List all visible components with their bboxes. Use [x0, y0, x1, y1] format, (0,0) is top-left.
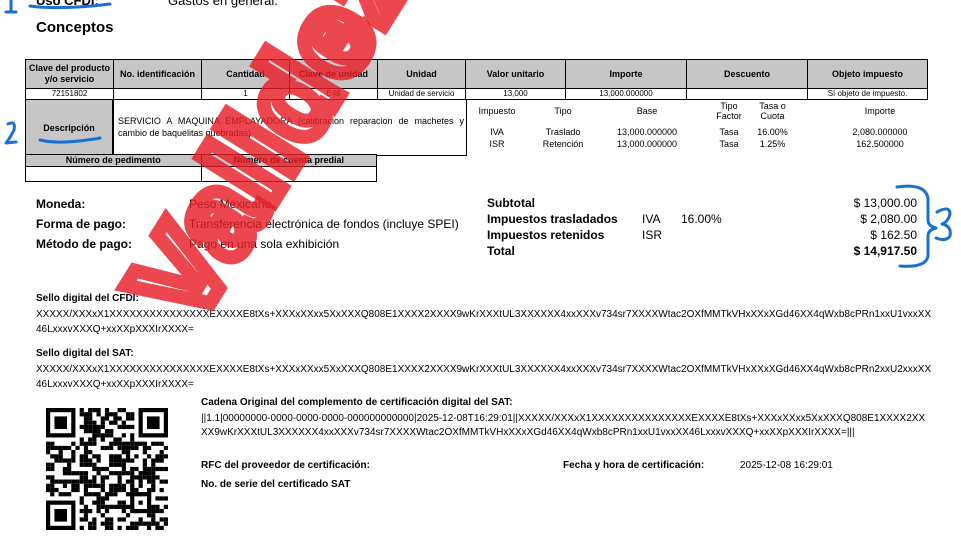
tax-header-cell: Importe [845, 106, 915, 116]
moneda-value: Peso Mexicano [189, 197, 271, 211]
tax-header-cell: Base [612, 106, 682, 116]
retenidos-value: $ 162.50 [870, 228, 917, 242]
tax-cell: Retención [538, 139, 588, 149]
concepts-header-cell: Importe [566, 60, 687, 89]
rfc-proveedor-label: RFC del proveedor de certificación: [201, 460, 370, 471]
tax-header-cell: Tipo [538, 106, 588, 116]
qr-code-icon [46, 408, 168, 530]
concepts-header-cell: Cantidad [202, 60, 290, 89]
annotation-3-icon [936, 209, 950, 240]
metodo-pago-value: Pago en una sola exhibición [189, 237, 339, 251]
concepts-header-cell: Objeto impuesto [808, 60, 928, 89]
metodo-pago-label: Método de pago: [36, 237, 132, 251]
serie-certificado-label: No. de serie del certificado SAT [201, 479, 350, 490]
section-title: Conceptos [36, 19, 114, 36]
tax-cell: 16.00% [755, 127, 790, 137]
table-cell [114, 89, 202, 100]
trasladados-label: Impuestos trasladados [487, 212, 618, 226]
tax-cell: Tasa [714, 139, 744, 149]
description-text: SERVICIO A MAQUINA EMPLAYADORA (calibrac… [114, 100, 466, 155]
retenidos-label: Impuestos retenidos [487, 228, 604, 242]
sello-cfdi-value: XXXXX/XXXxX1XXXXXXXXXXXXXXXEXXXXE8tXs+XX… [36, 307, 936, 337]
forma-pago-value: Transferencia electrónica de fondos (inc… [189, 217, 459, 231]
concepts-table: Clave del producto y/o servicioNo. ident… [25, 59, 928, 100]
total-value: $ 14,917.50 [854, 244, 917, 258]
sello-cfdi-label: Sello digital del CFDI: [36, 293, 139, 304]
uso-cfdi-value: Gastos en general. [168, 0, 278, 8]
concepts-header-cell: No. identificación [114, 60, 202, 89]
tax-cell: IVA [477, 127, 517, 137]
subtotal-value: $ 13,000.00 [854, 196, 917, 210]
annotation-2-icon [6, 123, 16, 143]
pedimento-header: Número de pedimento [26, 155, 202, 167]
sello-sat-value: XXXXX/XXXxX1XXXXXXXXXXXXXXXEXXXXE8tXs+XX… [36, 362, 936, 392]
concepts-header-cell: Valor unitario [466, 60, 566, 89]
table-cell: 13,000 [466, 89, 566, 100]
tax-header-cell: Impuesto [477, 106, 517, 116]
trasladados-code: IVA [642, 212, 660, 226]
tax-cell: 2,080.000000 [845, 127, 915, 137]
concepts-header-cell: Clave de unidad [290, 60, 378, 89]
table-cell: 13,000.000000 [566, 89, 687, 100]
pedimento-table: Número de pedimento Número de cuenta pre… [25, 154, 377, 182]
cadena-original-label: Cadena Original del complemento de certi… [201, 397, 513, 408]
cuenta-predial-value [201, 167, 377, 182]
fecha-certificacion-value: 2025-12-08 16:29:01 [740, 460, 833, 471]
pedimento-value [26, 167, 202, 182]
uso-cfdi-label: Uso CFDI: [36, 0, 99, 8]
table-cell: Unidad de servicio [378, 89, 466, 100]
table-row: 721518021E48Unidad de servicio13,00013,0… [26, 89, 928, 100]
tax-cell: 162.500000 [845, 139, 915, 149]
subtotal-label: Subtotal [487, 196, 535, 210]
tax-cell: Tasa [714, 127, 744, 137]
table-cell: 72151802 [26, 89, 114, 100]
fecha-certificacion-label: Fecha y hora de certificación: [563, 460, 704, 471]
tax-cell: 1.25% [755, 139, 790, 149]
concepts-header-cell: Unidad [378, 60, 466, 89]
tax-header-cell: Tipo Factor [714, 101, 744, 121]
cadena-original-value: ||1.1|00000000-0000-0000-0000-0000000000… [201, 412, 931, 440]
tax-cell: Traslado [538, 127, 588, 137]
total-label: Total [487, 244, 515, 258]
tax-cell: ISR [477, 139, 517, 149]
trasladados-rate: 16.00% [681, 212, 722, 226]
forma-pago-label: Forma de pago: [36, 217, 126, 231]
description-label: Descripción [26, 100, 114, 155]
trasladados-value: $ 2,080.00 [860, 212, 917, 226]
table-cell: E48 [290, 89, 378, 100]
tax-header-cell: Tasa o Cuota [755, 101, 790, 121]
annotation-1-icon [6, 0, 16, 12]
tax-cell: 13,000.000000 [612, 127, 682, 137]
concepts-header-cell: Clave del producto y/o servicio [26, 60, 114, 89]
table-cell: Sí objeto de impuesto. [808, 89, 928, 100]
table-cell [687, 89, 808, 100]
retenidos-code: ISR [642, 228, 662, 242]
cuenta-predial-header: Número de cuenta predial [201, 155, 377, 167]
sello-sat-label: Sello digital del SAT: [36, 348, 134, 359]
moneda-label: Moneda: [36, 197, 85, 211]
table-cell: 1 [202, 89, 290, 100]
tax-cell: 13,000.000000 [612, 139, 682, 149]
concepts-header-cell: Descuento [687, 60, 808, 89]
description-box: Descripción SERVICIO A MAQUINA EMPLAYADO… [25, 99, 467, 156]
